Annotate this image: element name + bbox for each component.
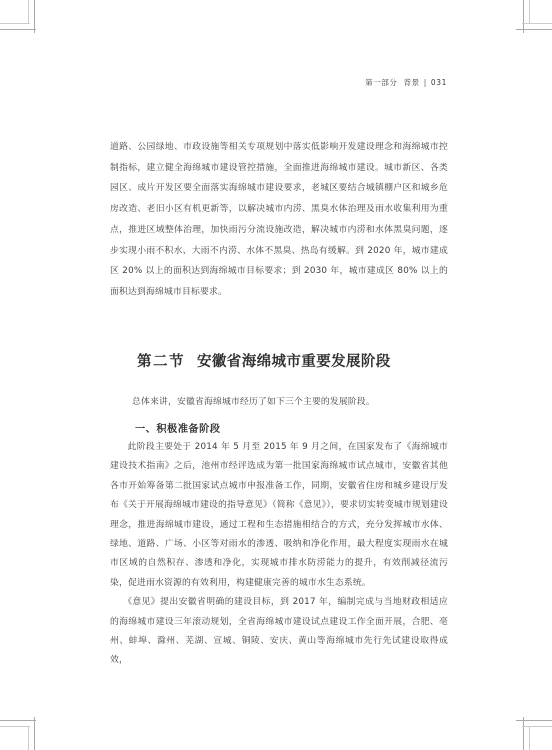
section-title: 安徽省海绵城市重要发展阶段 xyxy=(197,354,391,370)
crop-mark xyxy=(516,720,552,721)
crop-mark xyxy=(0,23,30,24)
header-part-label: 第一部分 xyxy=(365,78,397,87)
crop-mark xyxy=(0,726,30,727)
stage-subheading: 一、积极准备阶段 xyxy=(135,420,221,435)
stage-paragraph-1: 此阶段主要处于 2014 年 5 月至 2015 年 9 月之间，在国家发布了《… xyxy=(110,438,448,593)
crop-mark xyxy=(34,717,35,750)
stage-paragraph-2: 《意见》提出安徽省明确的建设目标，到 2017 年，编制完成与当地财政相适应的海… xyxy=(110,593,448,671)
header-page-number: 031 xyxy=(431,78,447,87)
crop-mark xyxy=(516,29,552,30)
crop-mark xyxy=(0,29,36,30)
crop-mark xyxy=(529,0,530,24)
crop-mark xyxy=(529,726,530,750)
crop-mark xyxy=(28,726,29,750)
header-chapter-label: 背景 xyxy=(404,78,420,87)
crop-mark xyxy=(0,720,36,721)
crop-mark xyxy=(28,0,29,24)
stage-paragraphs: 此阶段主要处于 2014 年 5 月至 2015 年 9 月之间，在国家发布了《… xyxy=(110,438,448,671)
body-paragraph-continued: 道路、公园绿地、市政设施等相关专项规划中落实低影响开发建设理念和海绵城市控制指标… xyxy=(110,137,448,303)
running-header: 第一部分背景|031 xyxy=(365,77,447,88)
crop-mark xyxy=(522,23,552,24)
section-heading: 第二节安徽省海绵城市重要发展阶段 xyxy=(137,350,391,371)
crop-mark xyxy=(522,726,552,727)
crop-mark xyxy=(523,717,524,750)
intro-paragraph: 总体来讲，安徽省海绵城市经历了如下三个主要的发展阶段。 xyxy=(110,392,448,413)
header-separator: | xyxy=(424,78,427,87)
book-page: 第一部分背景|031 道路、公园绿地、市政设施等相关专项规划中落实低影响开发建设… xyxy=(0,0,552,750)
section-number: 第二节 xyxy=(137,354,185,370)
